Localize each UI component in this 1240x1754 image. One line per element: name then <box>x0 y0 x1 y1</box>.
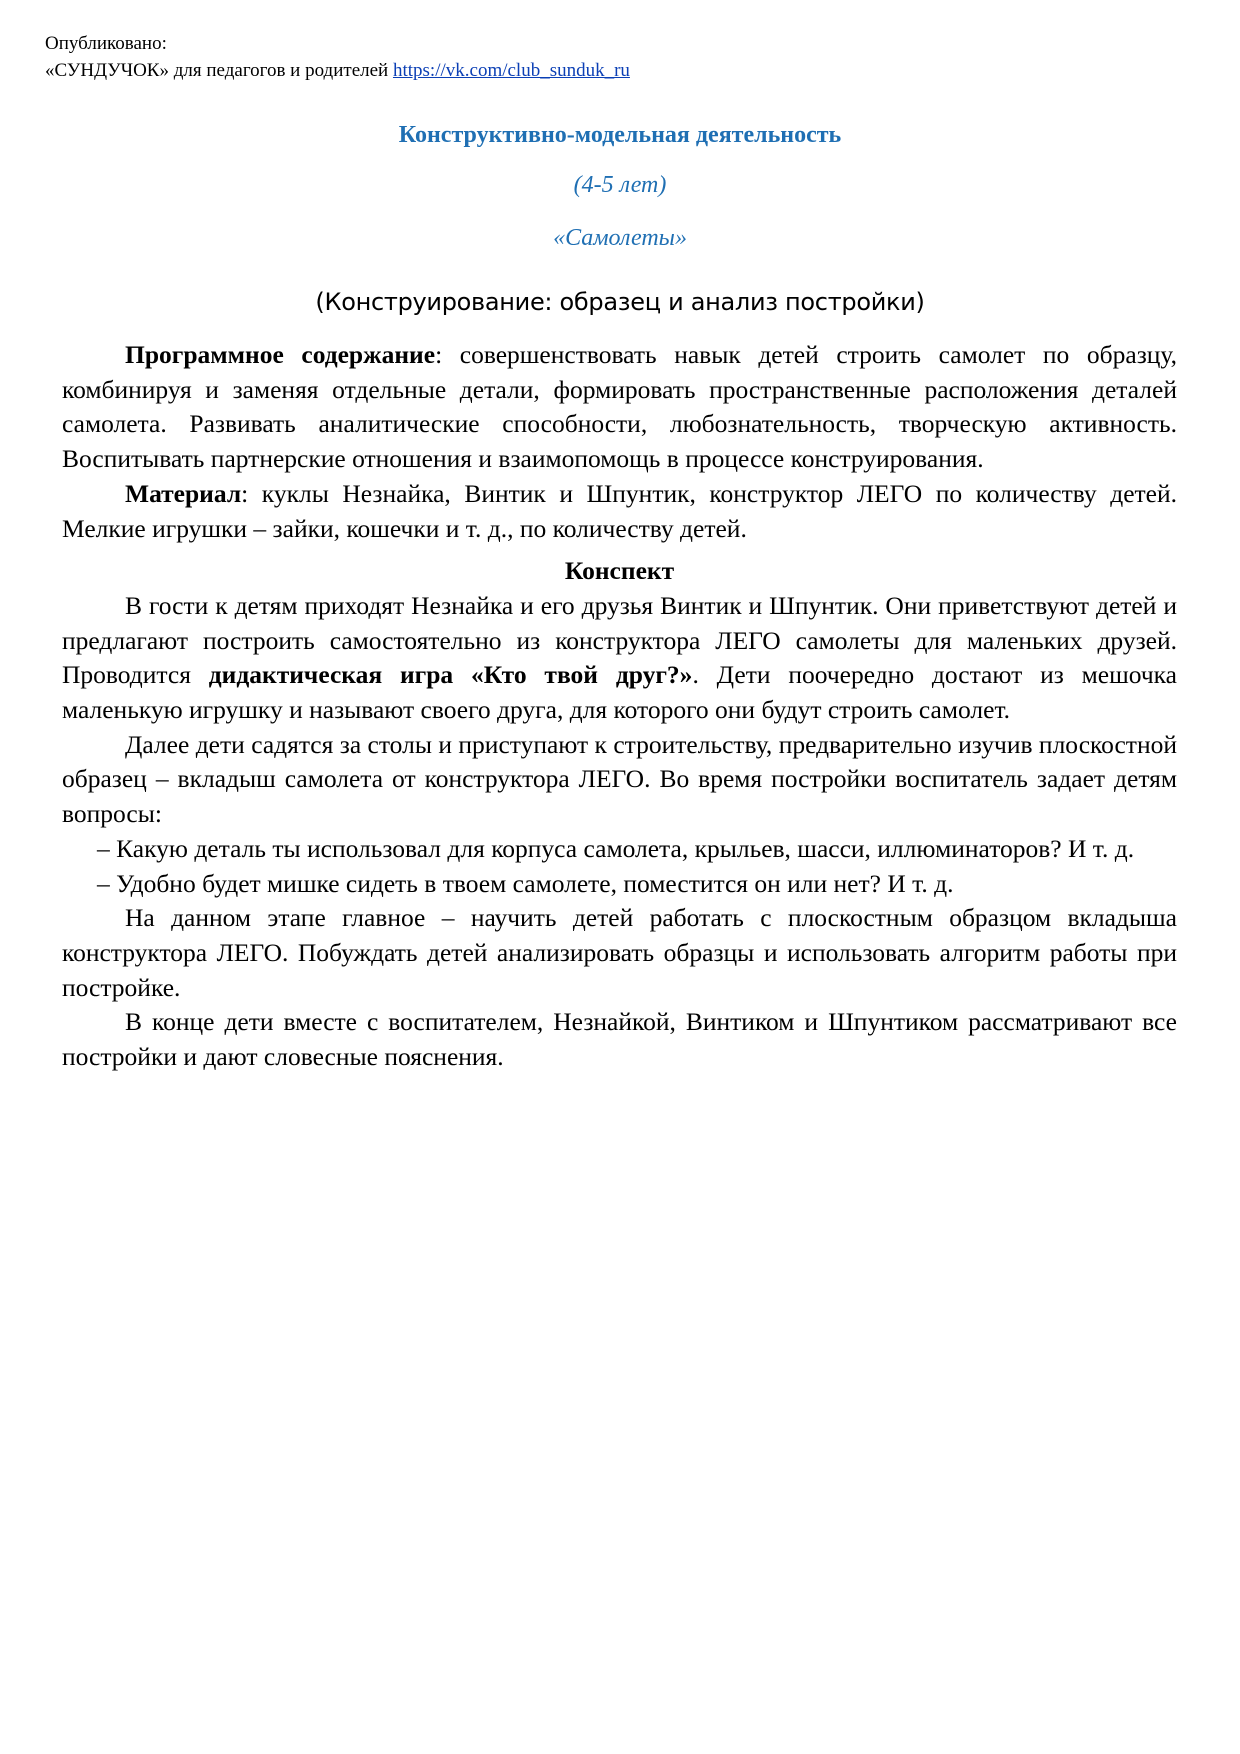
vk-link[interactable]: https://vk.com/club_sunduk_ru <box>393 60 630 81</box>
question-1: – Какую деталь ты использовал для корпус… <box>62 832 1177 867</box>
program-paragraph: Программное содержание: совершенствовать… <box>62 338 1177 477</box>
age-range: (4-5 лет) <box>0 172 1240 199</box>
lesson-topic: «Самолеты» <box>0 225 1240 252</box>
publisher-line: «СУНДУЧОК» для педагогов и родителей htt… <box>45 57 630 84</box>
konspekt-heading: Конспект <box>62 554 1177 589</box>
konspekt-paragraph-2: Далее дети садятся за столы и приступают… <box>62 728 1177 832</box>
publisher-name: «СУНДУЧОК» для педагогов и родителей <box>45 60 388 81</box>
program-label: Программное содержание <box>125 340 435 369</box>
konspekt-paragraph-4: В конце дети вместе с воспитателем, Незн… <box>62 1005 1177 1074</box>
document-body: Программное содержание: совершенствовать… <box>62 338 1177 1075</box>
konspekt-paragraph-3: На данном этапе главное – научить детей … <box>62 901 1177 1005</box>
material-paragraph: Материал: куклы Незнайка, Винтик и Шпунт… <box>62 477 1177 546</box>
lesson-subtitle: (Конструирование: образец и анализ постр… <box>0 288 1240 316</box>
konspekt-paragraph-1: В гости к детям приходят Незнайка и его … <box>62 589 1177 728</box>
question-2: – Удобно будет мишке сидеть в твоем само… <box>62 867 1177 902</box>
main-title: Конструктивно-модельная деятельность <box>0 122 1240 149</box>
material-label: Материал <box>125 479 241 508</box>
publication-header: Опубликовано: «СУНДУЧОК» для педагогов и… <box>45 30 630 84</box>
published-label: Опубликовано: <box>45 30 630 57</box>
game-name: дидактическая игра «Кто твой друг?» <box>209 660 693 689</box>
